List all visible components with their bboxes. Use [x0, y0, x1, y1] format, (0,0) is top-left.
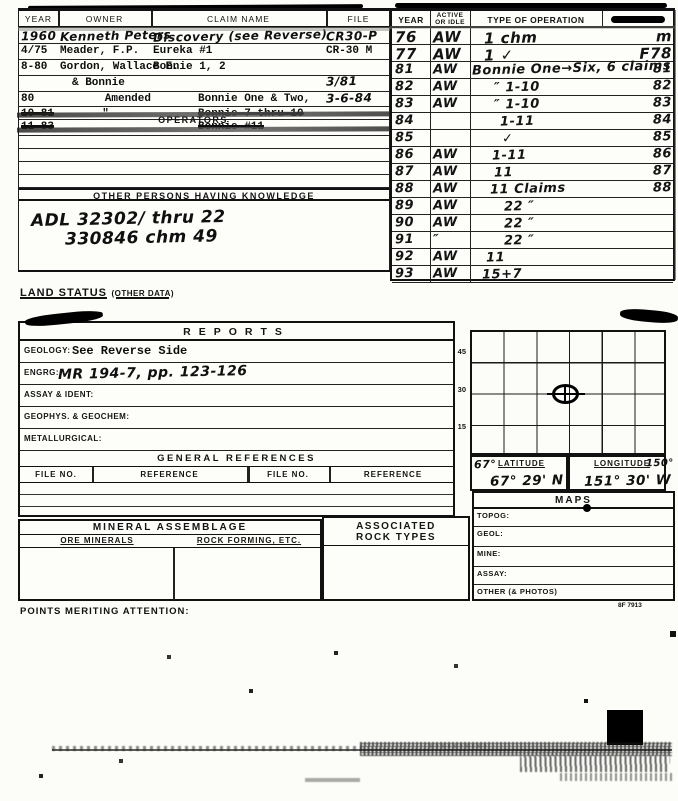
op-active-cell: AW	[433, 181, 468, 197]
claims-cell-year: 8-80	[21, 61, 58, 73]
column-divider	[470, 232, 471, 248]
column-divider	[470, 28, 471, 44]
op-active-cell: AW	[433, 266, 468, 282]
empty-reference-row	[20, 495, 453, 507]
column-divider	[430, 215, 431, 231]
associated-rock-types-line1: ASSOCIATED	[324, 521, 468, 532]
operations-row: 82AW″ 1-1082	[392, 79, 673, 96]
op-year-cell: 89	[395, 198, 428, 214]
claims-cell-file: 3/81	[326, 73, 389, 88]
op-active-cell: AW	[433, 62, 468, 78]
op-note-cell: 87	[602, 163, 672, 180]
location-marker-cross	[564, 386, 566, 401]
op-year-cell: 87	[395, 164, 428, 180]
column-divider	[470, 215, 471, 231]
genref-header-reference: REFERENCE	[92, 470, 247, 479]
operations-row: 91″22 ″	[392, 232, 673, 249]
reports-rows: GEOLOGY:See Reverse SideENGRG:MR 194-7, …	[20, 341, 453, 451]
column-divider	[430, 11, 431, 26]
op-note-cell: 88	[602, 180, 672, 197]
column-divider	[430, 164, 431, 180]
op-type-cell: 11 Claims	[490, 179, 618, 197]
operations-row: 87AW1187	[392, 164, 673, 181]
scan-noise-band	[520, 756, 670, 772]
longitude-box: LONGITUDE 150° 151° 30' W	[568, 455, 666, 491]
column-divider	[470, 266, 471, 282]
column-divider	[151, 11, 153, 28]
genref-header-fileno: FILE NO.	[247, 470, 329, 479]
claims-cell-owner: Gordon, Wallace E.	[60, 61, 151, 73]
scan-gray-band	[18, 27, 390, 31]
claims-row: 80AmendedBonnie One & Two,3-6-84	[19, 92, 389, 107]
empty-claims-row	[19, 175, 389, 188]
column-divider	[430, 79, 431, 95]
op-year-cell: 76	[395, 28, 428, 47]
column-divider	[430, 113, 431, 129]
op-year-cell: 93	[395, 266, 428, 282]
column-divider	[470, 113, 471, 129]
strikethrough-smear	[17, 126, 391, 132]
op-year-cell: 85	[395, 130, 428, 146]
op-active-cell: AW	[433, 96, 468, 112]
reports-row: GEOLOGY:See Reverse Side	[20, 341, 453, 363]
column-divider	[430, 232, 431, 248]
operations-row: 841-1184	[392, 113, 673, 130]
op-active-cell: ″	[433, 232, 468, 248]
column-divider	[430, 62, 431, 78]
claims-cell-owner: Amended	[60, 93, 151, 105]
op-header-type: TYPE OF OPERATION	[470, 15, 602, 25]
operations-row: 92AW11	[392, 249, 673, 266]
column-divider	[470, 62, 471, 78]
scanned-mining-claim-card: YEAR OWNER CLAIM NAME FILE 1960Kenneth P…	[0, 0, 678, 801]
op-year-cell: 82	[395, 79, 428, 95]
reports-row-label: GEOPHYS. & GEOCHEM:	[24, 412, 130, 421]
reports-row-value: MR 194-7, pp. 123-126	[58, 363, 248, 383]
op-active-cell: AW	[433, 147, 468, 163]
op-header-year: YEAR	[392, 15, 430, 25]
land-status-main: LAND STATUS	[20, 287, 107, 299]
column-divider	[470, 96, 471, 112]
reports-row-label: ENGRG:	[24, 368, 59, 377]
claims-header-file: FILE	[326, 14, 391, 24]
claims-cell-file: CR-30 M	[326, 45, 389, 57]
claims-header-claim: CLAIM NAME	[151, 14, 326, 24]
maps-row-label: TOPOG:	[477, 511, 509, 520]
claims-cell-owner: & Bonnie	[72, 77, 163, 89]
op-year-cell: 90	[395, 215, 428, 231]
op-type-cell: Bonnie One→Six, 6 claims	[472, 60, 600, 78]
claims-cell-year: 4/75	[21, 45, 58, 57]
reports-row-label: ASSAY & IDENT:	[24, 390, 94, 399]
maps-row: OTHER (& PHOTOS)	[474, 585, 673, 603]
latitude-box: 67° LATITUDE 67° 29' N	[470, 455, 568, 491]
reports-row: ENGRG:MR 194-7, pp. 123-126	[20, 363, 453, 385]
op-active-cell: AW	[433, 249, 468, 265]
reports-row: GEOPHYS. & GEOCHEM:	[20, 407, 453, 429]
struck-column-header	[611, 16, 665, 23]
op-active-cell: AW	[433, 28, 468, 47]
other-persons-notes: ADL 32302/ thru 22 330846 chm 49	[19, 201, 389, 274]
card-right-edge	[674, 10, 676, 280]
reports-row-value: See Reverse Side	[72, 344, 187, 358]
op-note-cell	[602, 265, 672, 267]
claims-row: 4/75Meader, F.P.Eureka #1CR-30 M	[19, 44, 389, 60]
column-divider	[430, 266, 431, 282]
op-note-cell: 81	[602, 61, 672, 78]
scan-dust	[0, 0, 2, 2]
maps-title: MAPS	[474, 493, 673, 509]
empty-claims-row	[19, 136, 389, 149]
maps-row: GEOL:	[474, 527, 673, 547]
column-divider	[470, 79, 471, 95]
mineral-assemblage-subheaders: ORE MINERALS ROCK FORMING, ETC.	[20, 535, 320, 548]
latitude-label: LATITUDE	[498, 459, 545, 468]
claims-header-owner: OWNER	[58, 14, 151, 24]
general-references-header: FILE NO.REFERENCEFILE NO.REFERENCE	[20, 467, 453, 483]
scan-blob	[620, 307, 678, 324]
form-number: 8F 7913	[618, 602, 642, 609]
empty-claims-row	[19, 149, 389, 162]
land-status-paren: (OTHER DATA)	[111, 289, 174, 298]
op-type-cell: 22 ″	[504, 230, 632, 248]
maps-row: ASSAY:	[474, 567, 673, 585]
reports-title: REPORTS	[20, 323, 453, 341]
maps-row-label: MINE:	[477, 549, 501, 558]
claims-cell-year: 80	[21, 93, 58, 105]
column-divider	[58, 11, 60, 28]
op-active-cell: AW	[433, 215, 468, 231]
column-divider	[430, 96, 431, 112]
operations-row: 86AW1-1186	[392, 147, 673, 164]
claims-cell-owner: Meader, F.P.	[60, 45, 151, 57]
column-divider	[430, 147, 431, 163]
op-note-cell: 83	[602, 95, 672, 112]
op-year-cell: 88	[395, 181, 428, 197]
operations-table: YEAR ACTIVE OR IDLE TYPE OF OPERATION 76…	[390, 8, 675, 281]
latitude-value: 67° 29' N	[490, 472, 564, 490]
scan-noise-band	[560, 773, 675, 781]
grid-minute-label: 30	[444, 385, 466, 394]
scan-gray-band	[390, 26, 675, 29]
operations-row: 76AW1 chmm	[392, 28, 673, 45]
maps-row-label: OTHER (& PHOTOS)	[477, 587, 557, 596]
column-divider	[430, 45, 431, 61]
column-divider	[470, 130, 471, 146]
land-status-label: LAND STATUS (OTHER DATA)	[20, 283, 174, 301]
associated-rock-types-box: ASSOCIATED ROCK TYPES	[322, 516, 470, 601]
genref-header-reference: REFERENCE	[329, 470, 457, 479]
latitude-degree-note: 67°	[474, 458, 497, 471]
claims-rows: 1960Kenneth PetersDiscovery (see Reverse…	[19, 28, 389, 188]
op-type-cell: 22 ″	[504, 213, 632, 231]
op-active-cell: AW	[433, 164, 468, 180]
claims-cell-claim: Bonnie 1, 2	[153, 61, 324, 73]
op-active-cell: AW	[433, 79, 468, 95]
column-divider	[470, 249, 471, 265]
op-note-cell: 84	[602, 112, 672, 129]
column-divider	[470, 198, 471, 214]
operations-row: 81AWBonnie One→Six, 6 claims81	[392, 62, 673, 79]
claims-row: 11-83OPERATORSBonnie #11	[19, 120, 389, 136]
column-divider	[430, 181, 431, 197]
op-year-cell: 83	[395, 96, 428, 112]
op-year-cell: 84	[395, 113, 428, 129]
op-note-cell: 82	[602, 78, 672, 95]
claims-cell-claim: Eureka #1	[153, 45, 324, 57]
column-divider	[173, 548, 175, 600]
maps-row: MINE:	[474, 547, 673, 567]
mineral-assemblage-box: MINERAL ASSEMBLAGE ORE MINERALS ROCK FOR…	[18, 519, 322, 601]
maps-rows: TOPOG:GEOL:MINE:ASSAY:OTHER (& PHOTOS)	[474, 509, 673, 603]
column-divider	[602, 11, 603, 26]
empty-reference-row	[20, 483, 453, 495]
rock-forming-header: ROCK FORMING, ETC.	[174, 536, 324, 545]
op-note-cell: 86	[602, 146, 672, 163]
column-divider	[470, 147, 471, 163]
mineral-assemblage-body	[20, 548, 320, 600]
claims-row: & Bonnie3/81	[19, 76, 389, 92]
operations-row: 93AW15+7	[392, 266, 673, 283]
claims-header-year: YEAR	[19, 14, 58, 24]
handwritten-note-line: 330846 chm 49	[65, 226, 218, 249]
op-active-cell: AW	[433, 45, 468, 64]
op-year-cell: 81	[395, 62, 428, 78]
op-year-cell: 86	[395, 147, 428, 163]
op-type-cell: 15+7	[482, 264, 610, 282]
reports-row-label: GEOLOGY:	[24, 346, 71, 355]
op-header-active-line1: ACTIVE	[430, 12, 470, 19]
column-divider	[470, 181, 471, 197]
op-year-cell: 77	[395, 45, 428, 64]
claims-header-row: YEAR OWNER CLAIM NAME FILE	[19, 11, 389, 28]
maps-row: TOPOG:	[474, 509, 673, 527]
mineral-assemblage-title: MINERAL ASSEMBLAGE	[20, 521, 320, 535]
reports-box: REPORTS GEOLOGY:See Reverse SideENGRG:MR…	[18, 321, 455, 517]
operations-row: 85✓85	[392, 130, 673, 147]
scan-black-square	[607, 710, 643, 745]
longitude-degree-note: 150°	[646, 458, 674, 470]
op-note-cell: 85	[602, 129, 672, 146]
op-active-cell	[433, 130, 468, 131]
column-divider	[326, 11, 328, 28]
associated-rock-types-line2: ROCK TYPES	[324, 532, 468, 543]
column-divider	[430, 249, 431, 265]
general-references-title: GENERAL REFERENCES	[20, 451, 453, 467]
column-divider	[430, 198, 431, 214]
empty-claims-row	[19, 162, 389, 175]
longitude-label: LONGITUDE	[594, 459, 650, 468]
other-persons-header: OTHER PERSONS HAVING KNOWLEDGE	[19, 188, 389, 201]
op-type-cell: 22 ″	[504, 196, 632, 214]
scan-noise-band	[430, 744, 490, 748]
op-active-cell	[433, 113, 468, 114]
column-divider	[470, 164, 471, 180]
op-year-cell: 92	[395, 249, 428, 265]
scan-noise-band	[360, 742, 672, 756]
grid-minute-label: 45	[444, 347, 466, 356]
points-meriting-attention-label: POINTS MERITING ATTENTION:	[20, 606, 190, 617]
reports-row: ASSAY & IDENT:	[20, 385, 453, 407]
op-year-cell: 91	[395, 232, 428, 248]
ore-minerals-header: ORE MINERALS	[20, 536, 174, 545]
location-marker-cross	[547, 393, 585, 395]
genref-header-fileno: FILE NO.	[20, 470, 92, 479]
maps-row-label: ASSAY:	[477, 569, 507, 578]
operations-row: 83AW″ 1-1083	[392, 96, 673, 113]
operations-rows: 76AW1 chmm77AW1 ✓F7881AWBonnie One→Six, …	[392, 28, 673, 283]
column-divider	[430, 28, 431, 44]
op-header-active-line2: OR IDLE	[430, 19, 470, 26]
op-type-cell: 11	[486, 247, 614, 265]
column-divider	[430, 130, 431, 146]
column-divider	[470, 45, 471, 61]
associated-rock-types-header: ASSOCIATED ROCK TYPES	[324, 518, 468, 546]
column-divider	[470, 11, 471, 26]
maps-row-label: GEOL:	[477, 529, 503, 538]
longitude-value: 151° 30' W	[584, 472, 671, 490]
scan-noise-band	[52, 746, 362, 751]
scan-dot	[583, 504, 591, 512]
reports-row: METALLURGICAL:	[20, 429, 453, 451]
maps-box: MAPS TOPOG:GEOL:MINE:ASSAY:OTHER (& PHOT…	[472, 491, 675, 601]
claims-cell-file: 3-6-84	[326, 90, 389, 105]
grid-minute-label: 15	[444, 422, 466, 431]
op-active-cell: AW	[433, 198, 468, 214]
reports-row-label: METALLURGICAL:	[24, 434, 102, 443]
claims-table: YEAR OWNER CLAIM NAME FILE 1960Kenneth P…	[18, 8, 390, 272]
scan-noise-dash	[305, 778, 360, 782]
